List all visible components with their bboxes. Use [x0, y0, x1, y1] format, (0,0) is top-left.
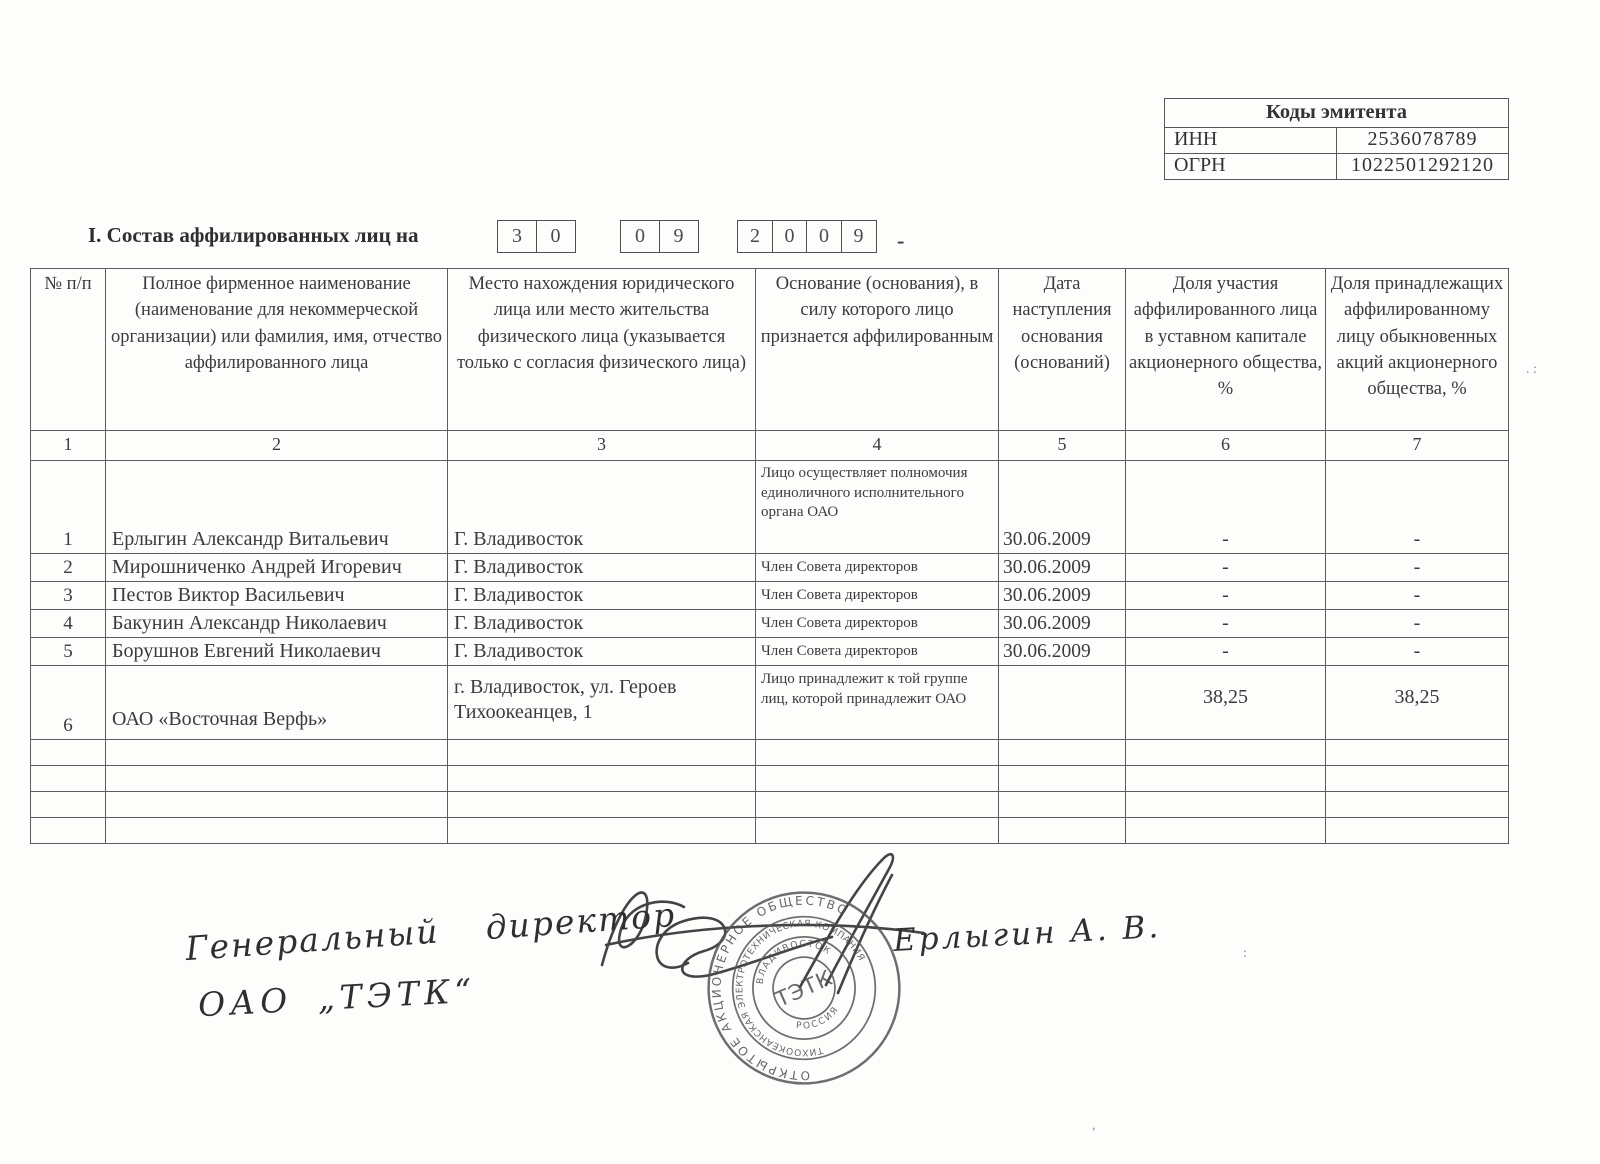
row-share-capital: - — [1126, 610, 1326, 638]
row-share-capital: - — [1126, 554, 1326, 582]
row-share-capital: - — [1126, 582, 1326, 610]
row-num: 6 — [31, 666, 106, 740]
date-month-boxes: 0 9 — [620, 220, 699, 253]
scan-speck: , — [1092, 1118, 1096, 1134]
row-name: Мирошниченко Андрей Игоревич — [106, 554, 448, 582]
table-row: ОГРН 1022501292120 — [1165, 154, 1509, 180]
row-location: Г. Владивосток — [448, 461, 756, 554]
row-num: 5 — [31, 638, 106, 666]
col-number: 6 — [1126, 431, 1326, 461]
header-share-shares: Доля принадлежащих аффилированному лицу … — [1326, 269, 1509, 431]
header-date: Дата наступления основания (оснований) — [999, 269, 1126, 431]
issuer-codes-table: Коды эмитента ИНН 2536078789 ОГРН 102250… — [1164, 98, 1509, 180]
col-number: 1 — [31, 431, 106, 461]
row-location: г. Владивосток, ул. Героев Тихоокеанцев,… — [448, 666, 756, 740]
date-digit: 9 — [659, 220, 699, 253]
row-name: Ерлыгин Александр Витальевич — [106, 461, 448, 554]
col-number: 5 — [999, 431, 1126, 461]
row-basis: Лицо осуществляет полномочия единоличног… — [756, 461, 999, 554]
row-date: 30.06.2009 — [999, 610, 1126, 638]
table-row: 2 Мирошниченко Андрей Игоревич Г. Владив… — [31, 554, 1509, 582]
affiliated-persons-table: № п/п Полное фирменное наименование (наи… — [30, 268, 1509, 844]
col-number: 7 — [1326, 431, 1509, 461]
empty-table-row — [31, 818, 1509, 844]
row-date: 30.06.2009 — [999, 638, 1126, 666]
row-num: 2 — [31, 554, 106, 582]
header-share-capital: Доля участия аффилированного лица в уста… — [1126, 269, 1326, 431]
date-year-boxes: 2 0 0 9 — [737, 220, 877, 253]
row-num: 4 — [31, 610, 106, 638]
table-row: 3 Пестов Виктор Васильевич Г. Владивосто… — [31, 582, 1509, 610]
stamp-country-text: РОССИЯ — [792, 1002, 845, 1038]
scanned-document-page: Коды эмитента ИНН 2536078789 ОГРН 102250… — [0, 0, 1600, 1164]
date-digit: 9 — [841, 220, 877, 253]
row-share-capital: - — [1126, 461, 1326, 554]
date-day-boxes: 3 0 — [497, 220, 576, 253]
empty-table-row — [31, 766, 1509, 792]
ogrn-value: 1022501292120 — [1337, 154, 1509, 180]
header-num: № п/п — [31, 269, 106, 431]
table-row: ИНН 2536078789 — [1165, 128, 1509, 154]
empty-table-row — [31, 792, 1509, 818]
row-location: Г. Владивосток — [448, 610, 756, 638]
row-location: Г. Владивосток — [448, 554, 756, 582]
header-row: № п/п Полное фирменное наименование (наи… — [31, 269, 1509, 431]
col-number: 3 — [448, 431, 756, 461]
row-share-capital: 38,25 — [1126, 666, 1326, 740]
row-share-shares: 38,25 — [1326, 666, 1509, 740]
date-digit: 0 — [806, 220, 842, 253]
row-date: 30.06.2009 — [999, 554, 1126, 582]
row-location: Г. Владивосток — [448, 582, 756, 610]
row-num: 3 — [31, 582, 106, 610]
row-name: ОАО «Восточная Верфь» — [106, 666, 448, 740]
inn-value: 2536078789 — [1337, 128, 1509, 154]
section-title: I. Состав аффилированных лиц на — [88, 223, 419, 248]
row-num: 1 — [31, 461, 106, 554]
row-share-shares: - — [1326, 582, 1509, 610]
date-digit: 3 — [497, 220, 537, 253]
date-digit: 0 — [772, 220, 808, 253]
col-number: 4 — [756, 431, 999, 461]
table-row: 6 ОАО «Восточная Верфь» г. Владивосток, … — [31, 666, 1509, 740]
date-digit: 0 — [536, 220, 576, 253]
row-share-shares: - — [1326, 461, 1509, 554]
row-date — [999, 666, 1126, 740]
ogrn-label: ОГРН — [1165, 154, 1337, 180]
row-location: Г. Владивосток — [448, 638, 756, 666]
handwritten-signer-name: Ерлыгин А. В. — [892, 909, 1162, 959]
inn-label: ИНН — [1165, 128, 1337, 154]
row-share-shares: - — [1326, 610, 1509, 638]
row-basis: Член Совета директоров — [756, 610, 999, 638]
row-share-shares: - — [1326, 554, 1509, 582]
table-row: 4 Бакунин Александр Николаевич Г. Владив… — [31, 610, 1509, 638]
table-row: 5 Борушнов Евгений Николаевич Г. Владиво… — [31, 638, 1509, 666]
row-name: Борушнов Евгений Николаевич — [106, 638, 448, 666]
table-row: 1 Ерлыгин Александр Витальевич Г. Владив… — [31, 461, 1509, 554]
header-location: Место нахождения юридического лица или м… — [448, 269, 756, 431]
codes-table-title: Коды эмитента — [1165, 99, 1509, 128]
row-share-capital: - — [1126, 638, 1326, 666]
row-basis: Член Совета директоров — [756, 554, 999, 582]
stamp-center-abbreviation: ТЭТК — [771, 965, 837, 1012]
handwritten-company-name: ОАО „ТЭТК“ — [197, 971, 477, 1025]
row-basis: Член Совета директоров — [756, 638, 999, 666]
row-share-shares: - — [1326, 638, 1509, 666]
scan-speck: : — [1243, 946, 1247, 962]
date-digit: 0 — [620, 220, 660, 253]
row-basis: Член Совета директоров — [756, 582, 999, 610]
col-number: 2 — [106, 431, 448, 461]
empty-table-row — [31, 740, 1509, 766]
row-date: 30.06.2009 — [999, 582, 1126, 610]
column-numbers-row: 1 2 3 4 5 6 7 — [31, 431, 1509, 461]
row-basis: Лицо принадлежит к той группе лиц, котор… — [756, 666, 999, 740]
date-suffix-dash: - — [897, 228, 904, 254]
row-date: 30.06.2009 — [999, 461, 1126, 554]
scan-speck: . : — [1526, 362, 1537, 378]
row-name: Пестов Виктор Васильевич — [106, 582, 448, 610]
date-digit: 2 — [737, 220, 773, 253]
row-name: Бакунин Александр Николаевич — [106, 610, 448, 638]
header-name: Полное фирменное наименование (наименова… — [106, 269, 448, 431]
header-basis: Основание (основания), в силу которого л… — [756, 269, 999, 431]
